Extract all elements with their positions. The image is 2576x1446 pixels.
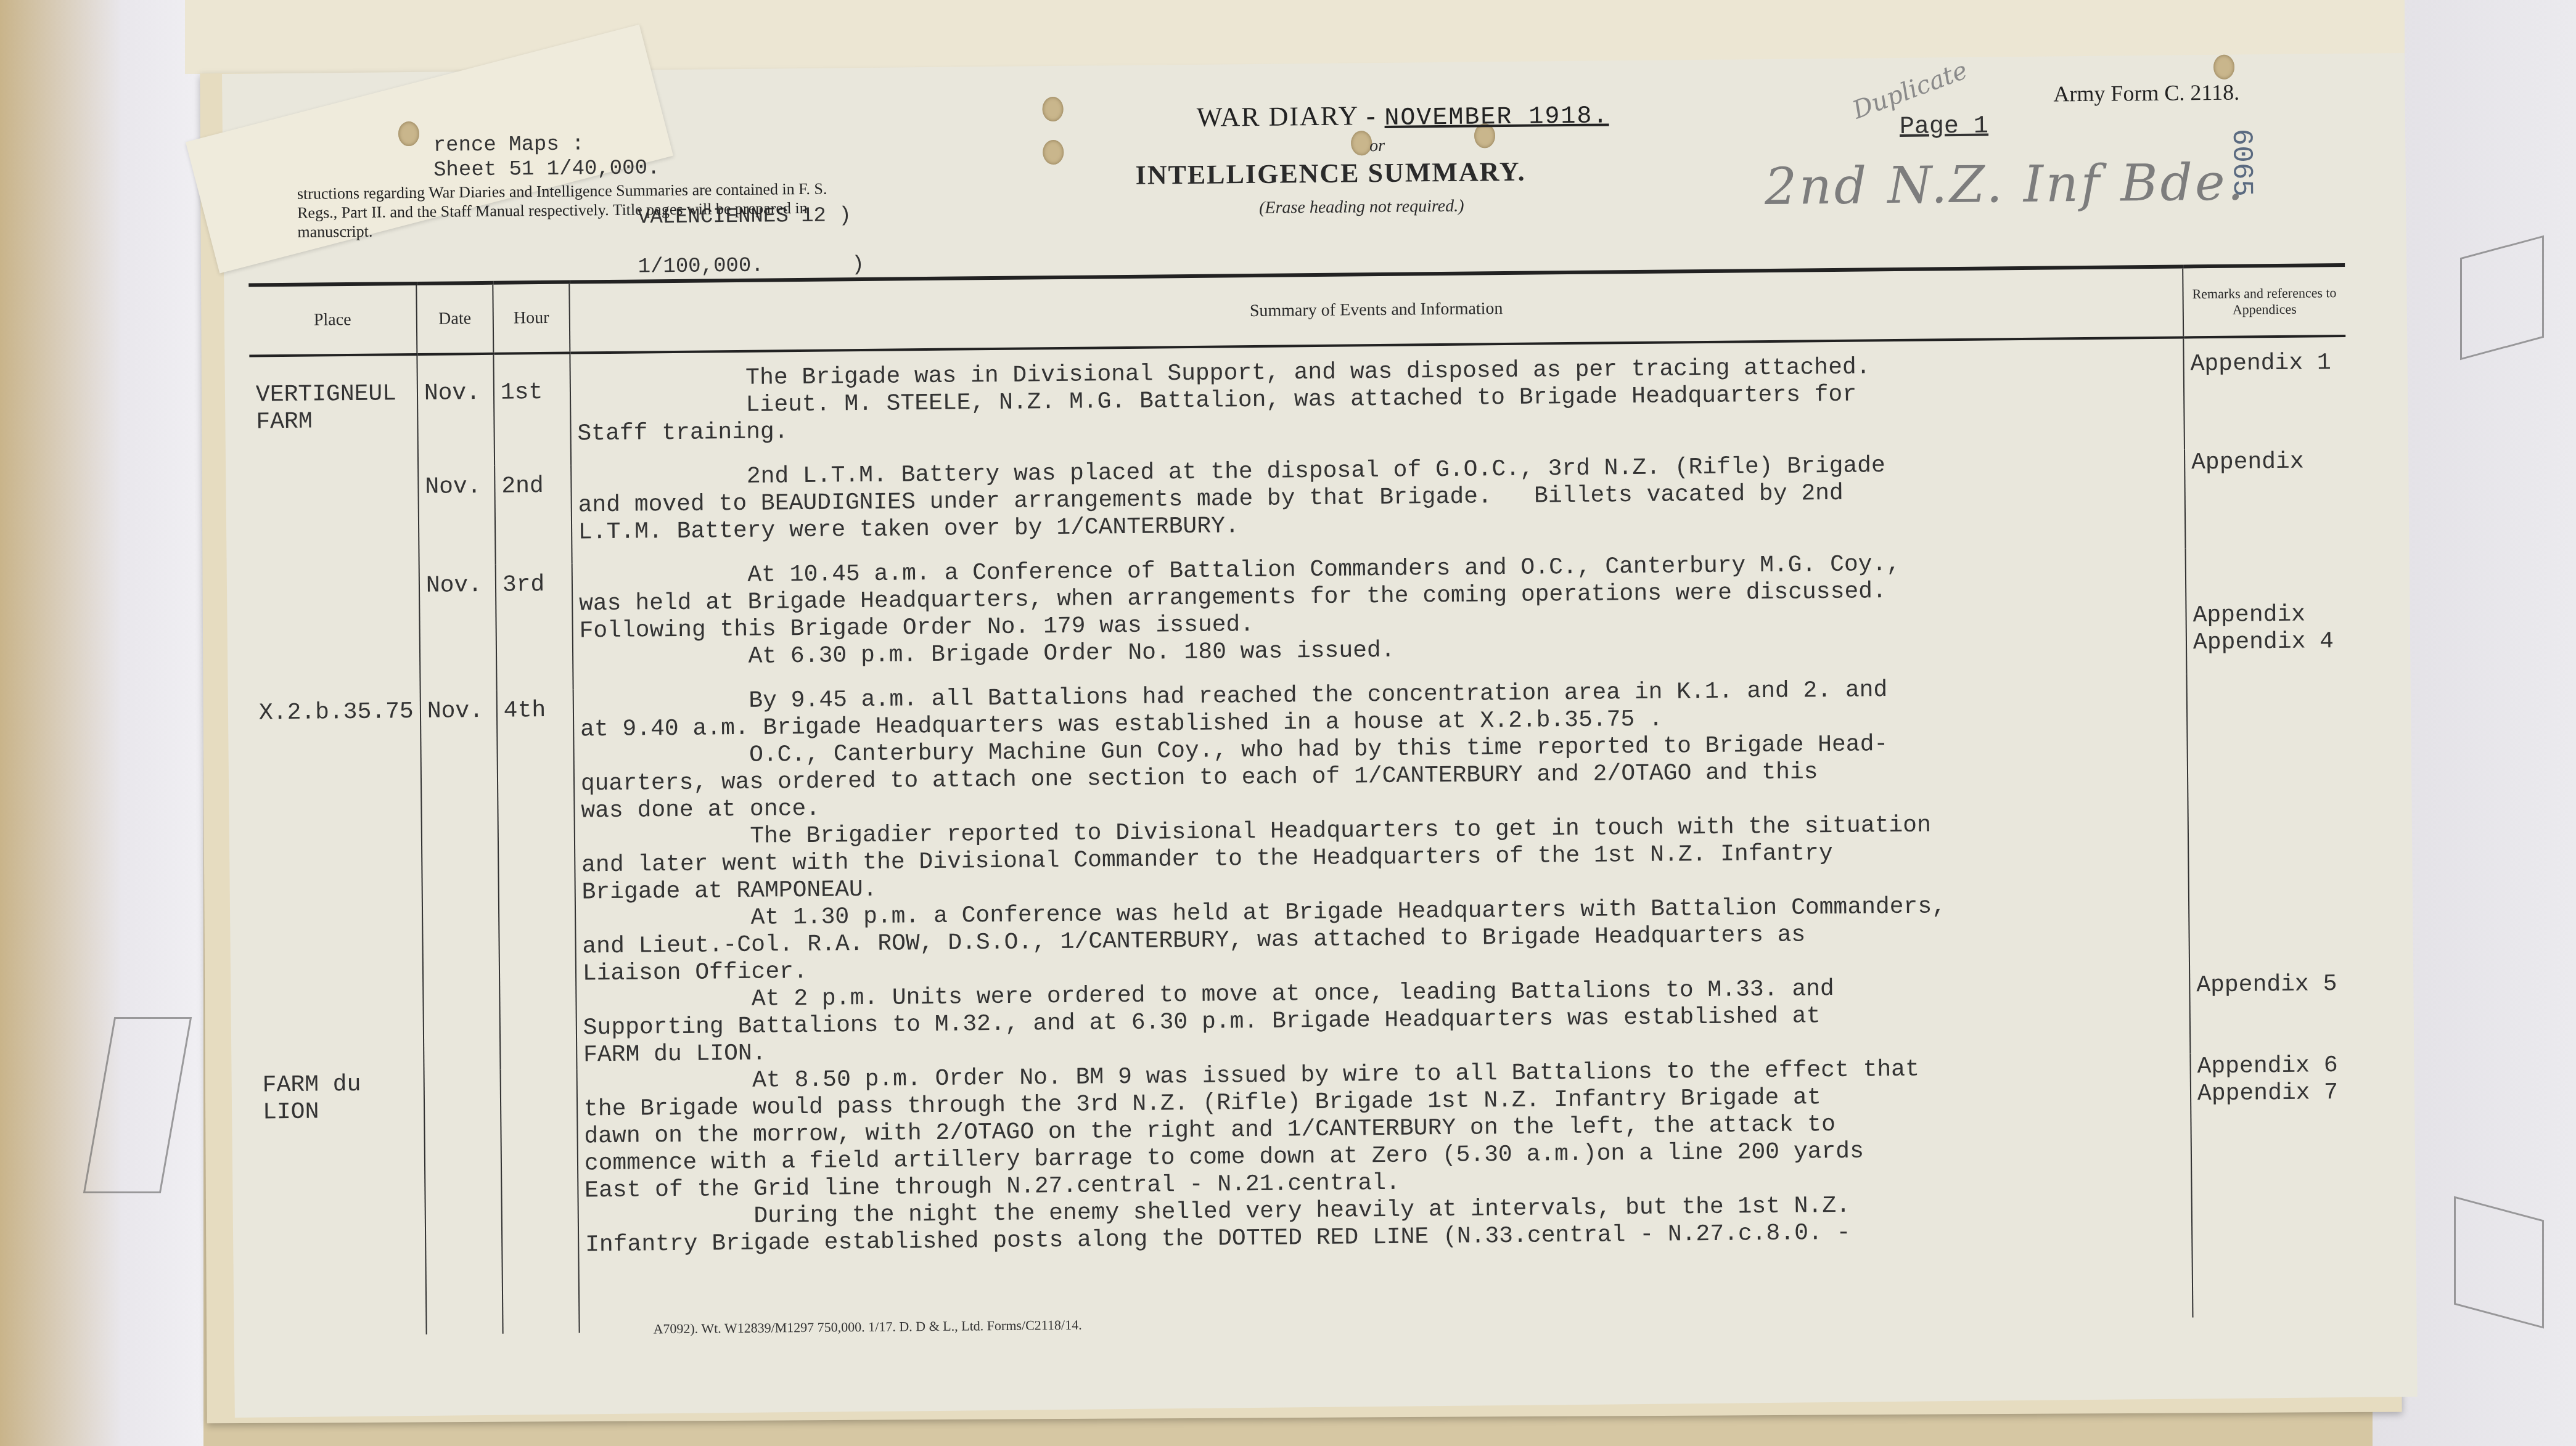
- page-number: Page 1: [1900, 113, 1988, 141]
- diary-table: Place Date Hour Summary of Events and In…: [248, 263, 2355, 1336]
- hour-cell: 1st: [501, 379, 564, 407]
- date-cell: Nov.: [424, 380, 487, 407]
- summary-cell: At 8.50 p.m. Order No. BM 9 was issued b…: [583, 1056, 1919, 1259]
- header-place: Place: [248, 284, 417, 356]
- place-cell: X.2.b.35.75: [259, 698, 414, 727]
- header-date: Date: [416, 283, 493, 354]
- war-diary-page: rence Maps : Sheet 51 1/40,000. VALENCIE…: [222, 53, 2418, 1418]
- summary-cell: 2nd L.T.M. Battery was placed at the dis…: [578, 452, 1885, 545]
- hour-cell: 2nd: [501, 473, 564, 500]
- table-row: Nov. 2nd 2nd L.T.M. Battery was placed a…: [250, 448, 2347, 567]
- remarks-cell: Appendix: [2191, 448, 2340, 476]
- remarks-cell: Appendix 5: [2193, 672, 2345, 999]
- form-instructions: structions regarding War Diaries and Int…: [297, 179, 853, 242]
- handwritten-unit: 2nd N.Z. Inf Bde.: [1764, 153, 2246, 216]
- table-row: FARM du LION At 8.50 p.m. Order No. BM 9…: [256, 1052, 2355, 1336]
- hour-cell: [507, 1069, 570, 1070]
- title-block: WAR DIARY - NOVEMBER 1918. or INTELLIGEN…: [1135, 96, 1815, 219]
- table-row: VERTIGNEUL FARM Nov. 1st The Brigade was…: [249, 336, 2347, 468]
- date-cell: Nov.: [427, 698, 490, 725]
- table-row: Nov. 3rd At 10.45 a.m. a Conference of B…: [252, 547, 2349, 693]
- summary-cell: By 9.45 a.m. all Battalions had reached …: [580, 677, 1946, 1068]
- summary-cell: The Brigade was in Divisional Support, a…: [576, 354, 1870, 447]
- title-text: WAR DIARY: [1197, 100, 1359, 133]
- punch-hole-icon: [2213, 55, 2234, 80]
- table-row: X.2.b.35.75 Nov. 4th By 9.45 a.m. all Ba…: [253, 672, 2353, 1072]
- date-cell: [430, 1070, 493, 1071]
- reference-map-line: 1/100,000. ): [638, 253, 864, 279]
- header-hour: Hour: [493, 282, 570, 354]
- erase-note: (Erase heading not required.): [1259, 193, 1814, 218]
- subtitle: INTELLIGENCE SUMMARY.: [1135, 153, 1813, 191]
- desk-background-left: [0, 0, 203, 1446]
- date-cell: Nov.: [426, 572, 489, 600]
- place-cell: VERTIGNEUL FARM: [256, 380, 411, 436]
- punch-hole-icon: [1042, 97, 1063, 121]
- printer-imprint: A7092). Wt. W12839/M1297 750,000. 1/17. …: [653, 1317, 1081, 1338]
- header-remarks: Remarks and references to Appendices: [2183, 265, 2345, 338]
- or-text: or: [1369, 132, 1813, 156]
- archive-stamp: 6065: [2225, 128, 2258, 197]
- summary-cell: At 10.45 a.m. a Conference of Battalion …: [578, 551, 1900, 672]
- hour-cell: 3rd: [502, 571, 565, 599]
- reference-map-line: Sheet 51 1/40,000.: [433, 157, 660, 182]
- remarks-cell: Appendix Appendix 4: [2192, 547, 2343, 656]
- page-title: WAR DIARY - NOVEMBER 1918.: [1197, 96, 1813, 134]
- reference-maps-label: rence Maps :: [433, 133, 585, 157]
- remarks-cell: Appendix 1: [2190, 349, 2339, 378]
- punch-hole-icon: [1043, 140, 1064, 165]
- diary-month: NOVEMBER 1918.: [1384, 102, 1609, 132]
- hour-cell: 4th: [504, 697, 567, 725]
- remarks-cell: Appendix 6 Appendix 7: [2197, 1052, 2347, 1108]
- date-cell: Nov.: [425, 473, 488, 501]
- title-dash: -: [1366, 100, 1377, 131]
- place-cell: FARM du LION: [263, 1071, 418, 1126]
- army-form-number: Army Form C. 2118.: [2053, 80, 2239, 107]
